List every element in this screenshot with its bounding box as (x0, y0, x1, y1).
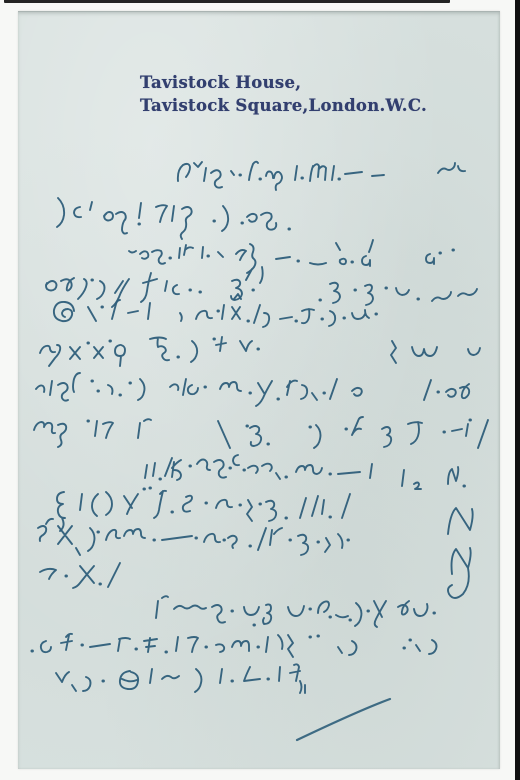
photo-right-edge (515, 0, 520, 780)
letter-photograph: Tavistock House, Tavistock Square,London… (0, 0, 520, 780)
letter-paper (18, 11, 500, 769)
letterhead: Tavistock House, Tavistock Square,London… (140, 71, 427, 117)
photo-top-edge (4, 0, 450, 3)
letterhead-line2: Tavistock Square,London.W.C. (140, 94, 427, 117)
letterhead-line1: Tavistock House, (140, 71, 427, 94)
